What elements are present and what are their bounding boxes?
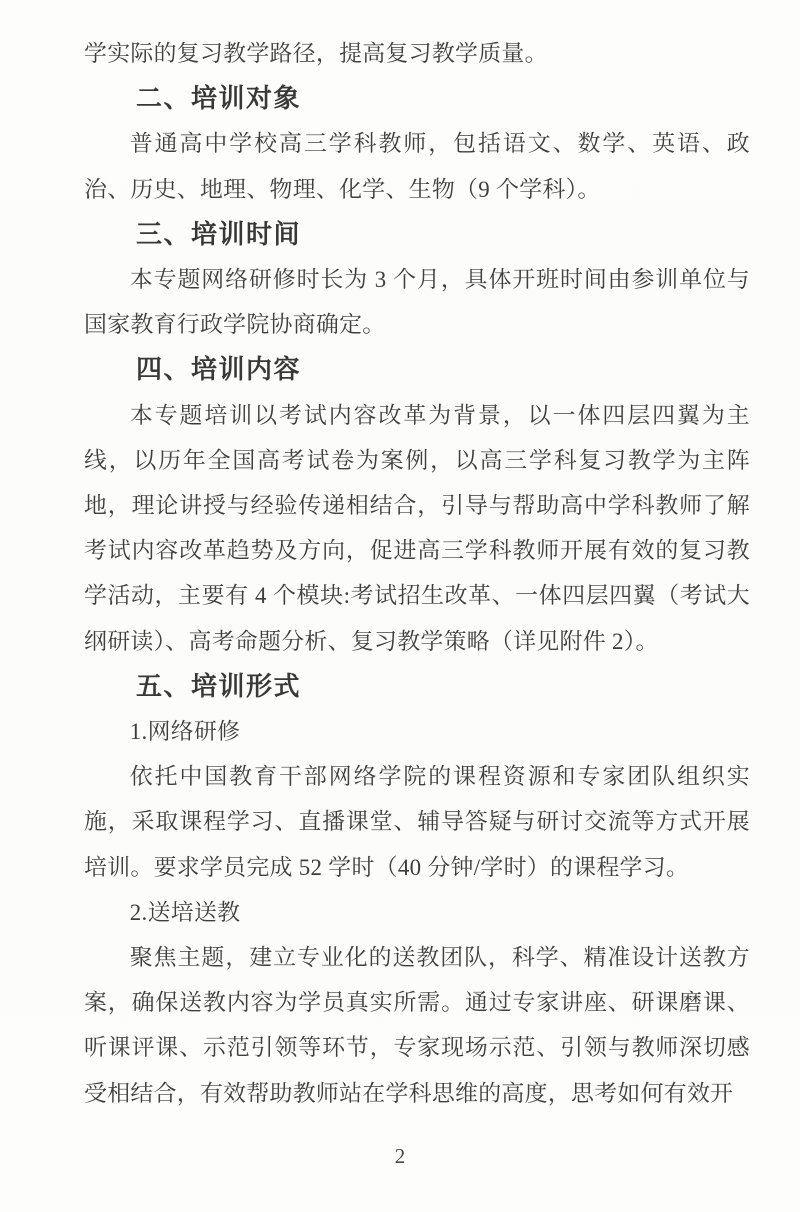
section-heading-training-time: 三、培训时间 xyxy=(84,212,750,257)
paragraph-continuation: 学实际的复习教学路径，提高复习教学质量。 xyxy=(84,31,750,76)
paragraph-training-target: 普通高中学校高三学科教师，包括语文、数学、英语、政治、历史、地理、物理、化学、生… xyxy=(84,121,750,211)
paragraph-online-study: 依托中国教育干部网络学院的课程资源和专家团队组织实施，采取课程学习、直播课堂、辅… xyxy=(84,754,750,890)
paragraph-training-content: 本专题培训以考试内容改革为背景，以一体四层四翼为主线，以历年全国高考试卷为案例，… xyxy=(84,393,750,664)
subsection-heading-delivery-teaching: 2.送培送教 xyxy=(84,890,750,935)
paragraph-delivery-teaching: 聚焦主题，建立专业化的送教团队，科学、精准设计送教方案，确保送教内容为学员真实所… xyxy=(84,935,750,1116)
subsection-heading-online-study: 1.网络研修 xyxy=(84,709,750,754)
paragraph-training-time: 本专题网络研修时长为 3 个月，具体开班时间由参训单位与国家教育行政学院协商确定… xyxy=(84,257,750,347)
section-heading-training-format: 五、培训形式 xyxy=(84,664,750,709)
document-page: 学实际的复习教学路径，提高复习教学质量。 二、培训对象 普通高中学校高三学科教师… xyxy=(0,0,800,1212)
section-heading-training-target: 二、培训对象 xyxy=(84,76,750,121)
section-heading-training-content: 四、培训内容 xyxy=(84,347,750,392)
page-number: 2 xyxy=(0,1144,800,1169)
